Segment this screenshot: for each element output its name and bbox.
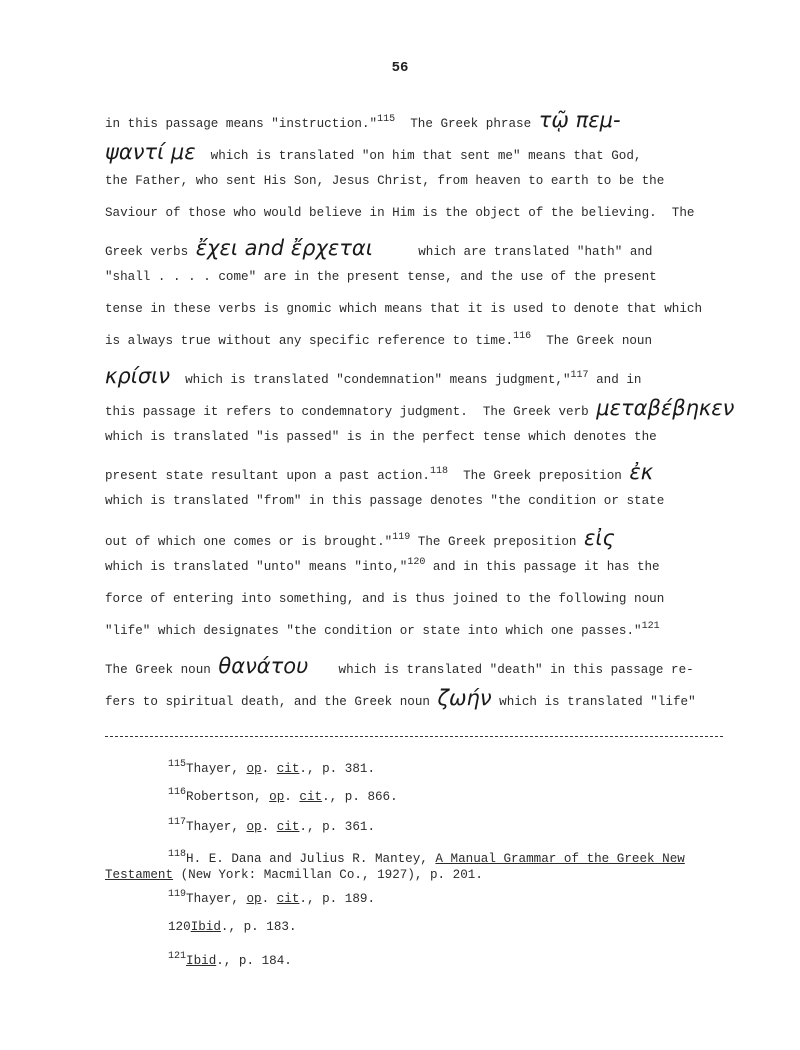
text: fers to spiritual death, and the Greek n… [105,695,438,709]
greek-handwritten: θανάτου [218,654,308,678]
text-line: tense in these verbs is gnomic which mea… [105,302,702,316]
text-line: present state resultant upon a past acti… [105,460,653,484]
text: The Greek phrase [395,117,539,131]
text: op [246,762,261,776]
text: in this passage means "instruction." [105,117,377,131]
text-line: the Father, who sent His Son, Jesus Chri… [105,174,664,188]
text: ., p. 184. [216,954,292,968]
text: Robertson, [186,790,269,804]
text: which are translated "hath" and [373,245,653,259]
text: Thayer, [186,820,246,834]
text: The Greek preposition [410,535,584,549]
greek-handwritten: ζωήν [438,686,492,710]
footnote-number: 120 [168,920,191,934]
footnote: 115Thayer, op. cit., p. 381. [168,762,375,776]
footnote: 116Robertson, op. cit., p. 866. [168,790,398,804]
greek-handwritten: εἰς [584,526,615,550]
book-title: Testament [105,868,173,882]
text-line: "shall . . . . come" are in the present … [105,270,657,284]
footnote-ref: 117 [571,370,589,381]
text-line: fers to spiritual death, and the Greek n… [105,686,696,710]
text: is always true without any specific refe… [105,334,513,348]
text-line: Greek verbs ἔχει and ἔρχεται which are t… [105,236,653,260]
footnote: 120Ibid., p. 183. [168,920,297,934]
text: which is translated "life" [492,695,696,709]
text: The Greek noun [531,334,652,348]
text-line: which is translated "is passed" is in th… [105,430,657,444]
footnote-ref: 118 [430,466,448,477]
text: which is translated "death" in this pass… [308,663,693,677]
footnote-number: 121 [168,951,186,962]
text: Ibid [191,920,221,934]
text: ., p. 381. [299,762,375,776]
text: H. E. Dana and Julius R. Mantey, [186,852,435,866]
text: Thayer, [186,892,246,906]
footnote-separator [105,736,723,737]
text: . [262,892,277,906]
text-line: force of entering into something, and is… [105,592,664,606]
text: ., p. 183. [221,920,297,934]
text-line: which is translated "from" in this passa… [105,494,664,508]
text-line: this passage it refers to condemnatory j… [105,396,734,420]
text: Thayer, [186,762,246,776]
text-line: "life" which designates "the condition o… [105,624,660,638]
text: op [246,820,261,834]
footnote-ref: 115 [377,114,395,125]
footnote-number: 116 [168,787,186,798]
text: this passage it refers to condemnatory j… [105,405,596,419]
text: . [284,790,299,804]
text-line: κρίσιν which is translated "condemnation… [105,364,641,388]
text: op [269,790,284,804]
text: The Greek preposition [448,469,629,483]
footnote-ref: 119 [392,532,410,543]
footnote-continuation: Testament (New York: Macmillan Co., 1927… [105,868,483,882]
text: The Greek noun [105,663,218,677]
page-number: 56 [0,60,800,76]
text-line: out of which one comes or is brought."11… [105,526,615,550]
text: ., p. 189. [299,892,375,906]
footnote-ref: 121 [642,621,660,632]
text-line: in this passage means "instruction."115 … [105,108,621,132]
text: (New York: Macmillan Co., 1927), p. 201. [173,868,483,882]
footnote: 117Thayer, op. cit., p. 361. [168,820,375,834]
greek-handwritten: κρίσιν [105,364,170,388]
text-line: ψαντί με which is translated "on him tha… [105,140,641,164]
text-line: is always true without any specific refe… [105,334,652,348]
text: . [262,762,277,776]
text: cit [277,762,300,776]
text: cit [277,892,300,906]
greek-handwritten: ἔχει and ἔρχεται [196,236,373,260]
text: which is translated "unto" means "into," [105,560,407,574]
text: . [262,820,277,834]
greek-handwritten: τῷ πεμ- [539,108,621,132]
text: op [246,892,261,906]
text: cit [299,790,322,804]
text: present state resultant upon a past acti… [105,469,430,483]
text: Greek verbs [105,245,196,259]
text: "life" which designates "the condition o… [105,624,642,638]
text: which is translated "on him that sent me… [196,149,642,163]
book-title: A Manual Grammar of the Greek New [435,852,684,866]
greek-handwritten: μεταβέβηκεν [596,396,734,420]
text: and in [589,373,642,387]
text: Ibid [186,954,216,968]
footnote-number: 117 [168,817,186,828]
text: ., p. 866. [322,790,398,804]
footnote-number: 115 [168,759,186,770]
footnote: 118H. E. Dana and Julius R. Mantey, A Ma… [168,852,685,866]
text: ., p. 361. [299,820,375,834]
footnote: 119Thayer, op. cit., p. 189. [168,892,375,906]
footnote-number: 118 [168,849,186,860]
footnote-ref: 116 [513,331,531,342]
greek-handwritten: ψαντί με [105,140,196,164]
text: which is translated "condemnation" means… [170,373,571,387]
text: and in this passage it has the [425,560,659,574]
text-line: Saviour of those who would believe in Hi… [105,206,694,220]
text: out of which one comes or is brought." [105,535,392,549]
text: cit [277,820,300,834]
footnote: 121Ibid., p. 184. [168,954,292,968]
footnote-number: 119 [168,889,186,900]
greek-handwritten: ἐκ [629,460,653,484]
footnote-ref: 120 [407,557,425,568]
text-line: The Greek noun θανάτου which is translat… [105,654,694,678]
text-line: which is translated "unto" means "into,"… [105,560,660,574]
